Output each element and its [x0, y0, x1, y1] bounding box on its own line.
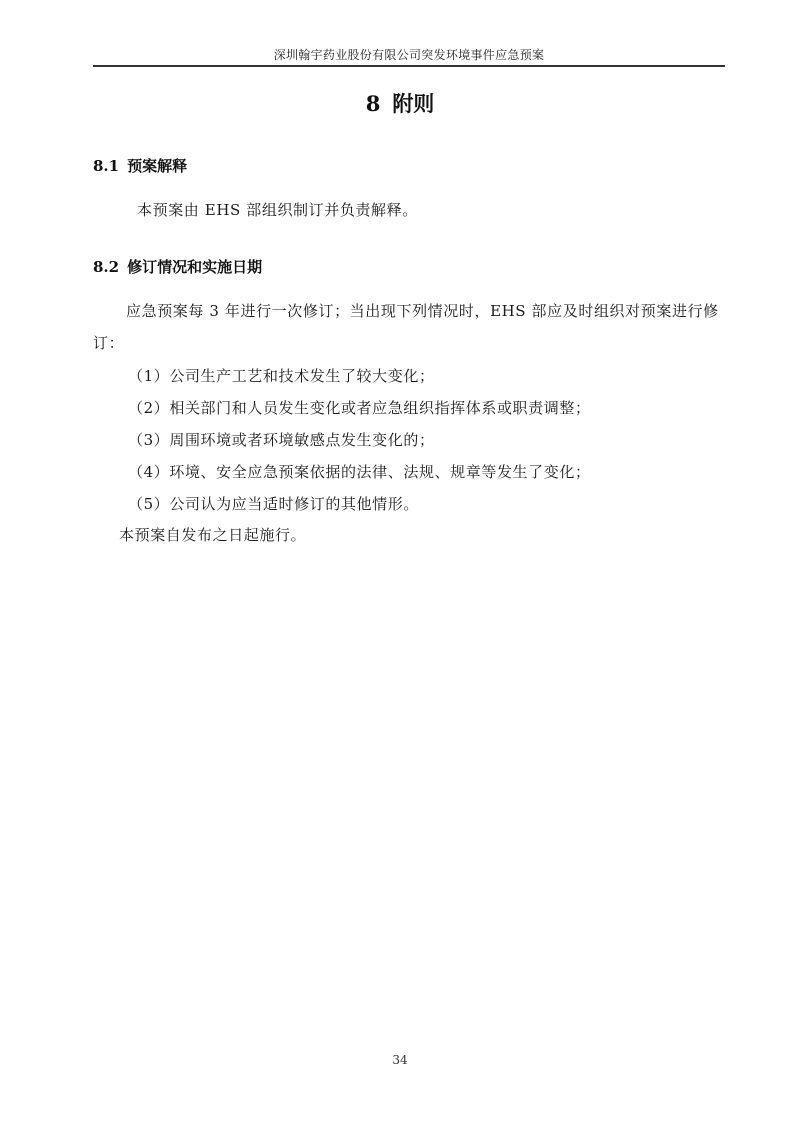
list-item-5: （5）公司认为应当适时修订的其他情形。 — [128, 493, 419, 514]
section-8-2-intro-line1: 应急预案每 3 年进行一次修订；当出现下列情况时，EHS 部应及时组织对预案进行… — [126, 300, 719, 321]
section-heading-8-1: 8.1预案解释 — [93, 155, 187, 176]
section-title: 修订情况和实施日期 — [127, 258, 262, 276]
chapter-number: 8 — [366, 91, 381, 116]
header-divider — [93, 65, 725, 67]
running-header: 深圳翰宇药业股份有限公司突发环境事件应急预案 — [93, 46, 725, 63]
list-item-2: （2）相关部门和人员发生变化或者应急组织指挥体系或职责调整； — [128, 397, 591, 418]
closing-statement: 本预案自发布之日起施行。 — [119, 524, 306, 545]
chapter-title-text: 附则 — [392, 91, 434, 116]
section-number: 8.1 — [93, 157, 119, 175]
page-number: 34 — [0, 1053, 800, 1067]
chapter-title: 8附则 — [0, 88, 800, 118]
section-8-2-intro-line2: 订： — [93, 332, 124, 353]
section-number: 8.2 — [93, 258, 119, 276]
section-title: 预案解释 — [127, 157, 187, 175]
section-heading-8-2: 8.2修订情况和实施日期 — [93, 256, 262, 277]
section-8-1-paragraph: 本预案由 EHS 部组织制订并负责解释。 — [137, 199, 418, 220]
list-item-3: （3）周围环境或者环境敏感点发生变化的； — [128, 429, 435, 450]
list-item-4: （4）环境、安全应急预案依据的法律、法规、规章等发生了变化； — [128, 461, 591, 482]
list-item-1: （1）公司生产工艺和技术发生了较大变化； — [128, 365, 435, 386]
